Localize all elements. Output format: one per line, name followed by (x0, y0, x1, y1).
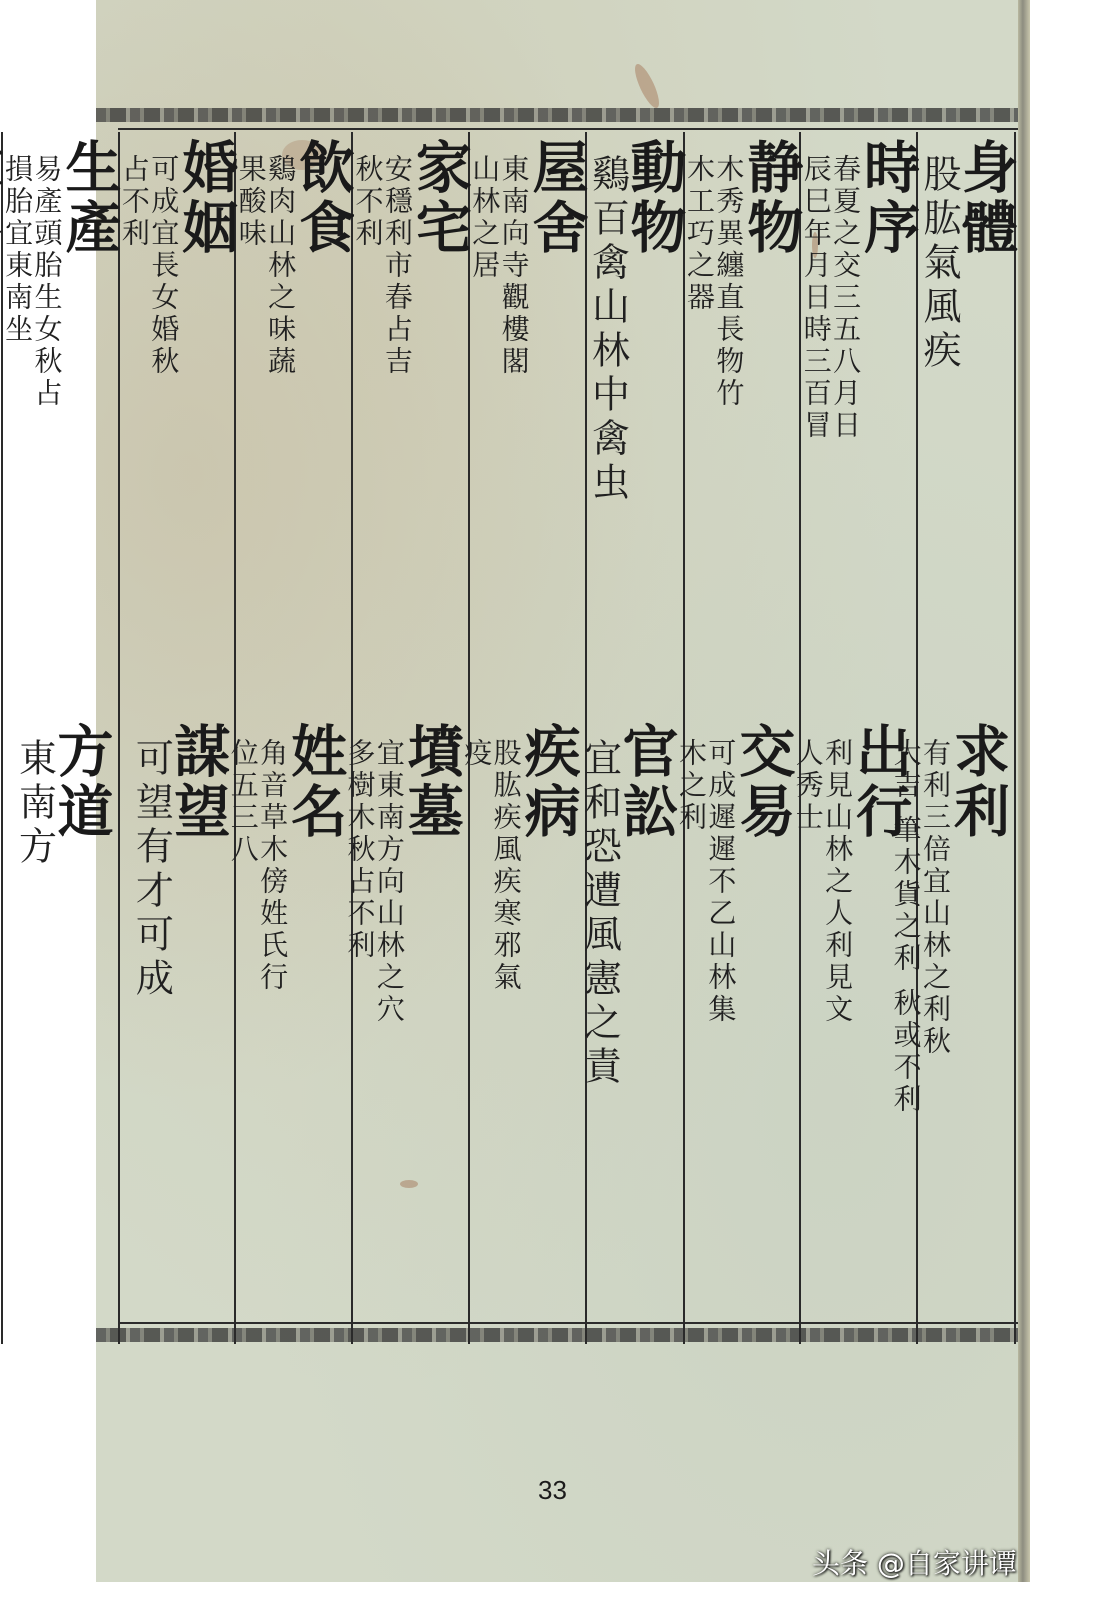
entry-heading: 求利 (950, 722, 1006, 842)
column: 生產 易產頭胎生女秋占 損胎宜東南坐 方道 東南方 (1, 132, 118, 1344)
entry-heading: 家宅 (412, 138, 468, 258)
entry-animals: 動物 鷄百禽山林中禽虫 (587, 138, 683, 506)
entry-marriage: 婚姻 可成宜長女婚秋 占不利 (120, 138, 235, 378)
entry-travel: 出行 利見山林之人利見文 人秀士 (793, 722, 908, 1026)
entry-heading: 方道 (54, 722, 110, 842)
entry-household: 家宅 安穩利市春占吉 秋不利 (353, 138, 468, 378)
entry-annotation: 占不利 (120, 154, 149, 378)
column: 屋舍 東南向寺觀樓閣 山林之居 疾病 股肱疾風疾寒邪氣 疫 (468, 132, 585, 1344)
entry-heading: 疾病 (521, 722, 577, 842)
entry-heading: 交易 (735, 722, 791, 842)
entry-annotation: 鷄百禽山林中禽虫 (587, 154, 627, 506)
entry-still-objects: 静物 木秀異纏直長物竹 木工巧之器 (685, 138, 800, 410)
entry-tomb: 墳墓 宜東南方向山林之穴 多樹木秋占不利 (345, 722, 460, 1026)
column: 動物 鷄百禽山林中禽虫 官訟 宜和恐遭風憲之責 (585, 132, 683, 1344)
entry-name: 姓名 角音草木傍姓氏行 位五三八 (228, 722, 343, 994)
column: 時序 春夏之交三五八月日 辰巳年月日時三百冒 出行 利見山林之人利見文 人秀士 (799, 132, 916, 1344)
entry-annotation: 損胎宜東南坐 (3, 154, 32, 410)
watermark: 头条 @自家讲谭 (812, 1542, 1017, 1582)
entry-annotation: 辰巳年月日時三百冒 (801, 154, 830, 442)
entry-heading: 飲食 (295, 138, 351, 258)
entry-direction: 方道 東南方 (14, 722, 110, 870)
entry-season: 時序 春夏之交三五八月日 辰巳年月日時三百冒 (801, 138, 916, 442)
entry-lawsuit: 官訟 宜和恐遭風憲之責 (579, 722, 675, 1090)
entry-heading: 求名 (0, 138, 1, 258)
entry-annotation: 果酸味 (236, 154, 265, 378)
frame-top-border (96, 108, 1018, 122)
entry-heading: 時序 (860, 138, 916, 258)
entry-heading: 墳墓 (404, 722, 460, 842)
entry-dwelling: 屋舍 東南向寺觀樓閣 山林之居 (470, 138, 585, 378)
page-number: 33 (538, 1475, 567, 1506)
entry-annotation: 秋不利 (353, 154, 382, 378)
entry-heading: 姓名 (287, 722, 343, 842)
column: 飲食 鷄肉山林之味蔬 果酸味 姓名 角音草木傍姓氏行 位五三八 (234, 132, 351, 1344)
entry-fame: 求名 有名宜文職有風憲之力 宜茶果竹木之職宜任東南 (0, 138, 1, 506)
frame-top-rule (118, 128, 1018, 130)
entry-annotation: 東南方 (14, 738, 54, 870)
text-columns: 身體 股肱氣風疾 求利 有利三倍宜山林之利秋 大吉 筆木貨之利 秋或不利 時序 … (128, 132, 1016, 1344)
entry-annotation: 山林之居 (470, 154, 499, 378)
entry-aspiration: 謀望 可望有才可成 (130, 722, 226, 1002)
entry-trade: 交易 可成遲遲不乙山林集 木之利 (677, 722, 792, 1026)
book-spine-edge (1018, 0, 1030, 1582)
column: 静物 木秀異纏直長物竹 木工巧之器 交易 可成遲遲不乙山林集 木之利 (683, 132, 800, 1344)
entry-heading: 出行 (852, 722, 908, 842)
entry-heading: 屋舍 (529, 138, 585, 258)
entry-heading: 婚姻 (178, 138, 234, 258)
column: 身體 股肱氣風疾 求利 有利三倍宜山林之利秋 大吉 筆木貨之利 秋或不利 (916, 132, 1016, 1344)
column: 婚姻 可成宜長女婚秋 占不利 謀望 可望有才可成 (118, 132, 235, 1344)
entry-illness: 疾病 股肱疾風疾寒邪氣 疫 (462, 722, 577, 994)
entry-heading: 謀望 (170, 722, 226, 842)
entry-childbirth: 生產 易產頭胎生女秋占 損胎宜東南坐 (3, 138, 118, 410)
entry-heading: 身體 (958, 138, 1014, 258)
column: 求名 有名宜文職有風憲之力 宜茶果竹木之職宜任東南 五色 青綠碧白 (0, 132, 1, 1344)
entry-heading: 官訟 (619, 722, 675, 842)
column: 家宅 安穩利市春占吉 秋不利 墳墓 宜東南方向山林之穴 多樹木秋占不利 (351, 132, 468, 1344)
entry-heading: 動物 (627, 138, 683, 258)
entry-heading: 生產 (62, 138, 118, 258)
entry-annotation: 木工巧之器 (685, 154, 714, 410)
entry-body: 身體 股肱氣風疾 (918, 138, 1014, 374)
entry-food: 飲食 鷄肉山林之味蔬 果酸味 (236, 138, 351, 378)
entry-heading: 静物 (743, 138, 799, 258)
